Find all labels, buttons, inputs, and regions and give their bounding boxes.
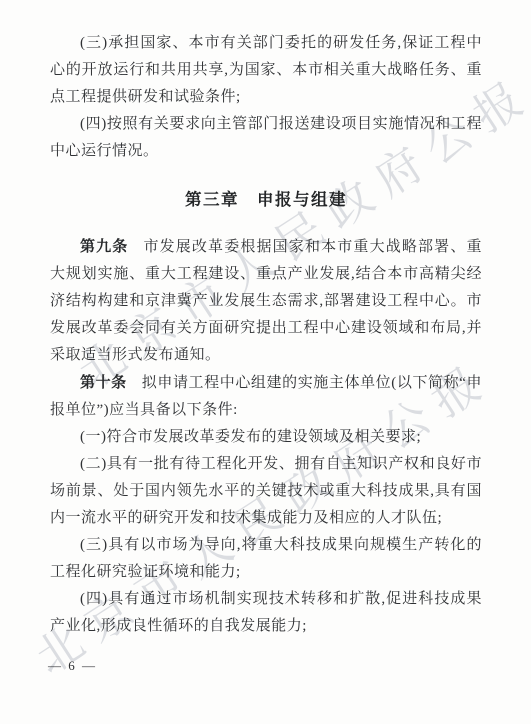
page-number: — 6 — bbox=[48, 658, 97, 674]
article-10-number: 第十条 bbox=[80, 374, 127, 391]
condition-item-2-paragraph: (二)具有一批有待工程化开发、拥有自主知识产权和良好市场前景、处于国内领先水平的… bbox=[50, 451, 482, 532]
condition-item-1-paragraph: (一)符合市发展改革委发布的建设领域及相关要求; bbox=[50, 424, 482, 451]
article-9-text: 市发展改革委根据国家和本市重大战略部署、重大规划实施、重大工程建设、重点产业发展… bbox=[50, 239, 482, 363]
article-9-paragraph: 第九条市发展改革委根据国家和本市重大战略部署、重大规划实施、重大工程建设、重点产… bbox=[50, 233, 482, 369]
chapter-3-heading: 第三章 申报与组建 bbox=[50, 186, 482, 210]
condition-item-3-paragraph: (三)具有以市场为导向,将重大科技成果向规模生产转化的工程化研究验证环境和能力; bbox=[50, 532, 482, 586]
duty-item-3-paragraph: (三)承担国家、本市有关部门委托的研发任务,保证工程中心的开放运行和共用共享,为… bbox=[50, 30, 482, 111]
article-10-paragraph: 第十条拟申请工程中心组建的实施主体单位(以下简称“申报单位”)应当具备以下条件: bbox=[50, 369, 482, 424]
condition-item-4-paragraph: (四)具有通过市场机制实现技术转移和扩散,促进科技成果产业化,形成良性循环的自我… bbox=[50, 586, 482, 640]
duty-item-4-paragraph: (四)按照有关要求向主管部门报送建设项目实施情况和工程中心运行情况。 bbox=[50, 111, 482, 165]
article-9-number: 第九条 bbox=[80, 238, 128, 255]
gazette-document-page: 北京市人民政府公报 北京市人民政府公报 (三)承担国家、本市有关部门委托的研发任… bbox=[0, 0, 531, 724]
document-body: (三)承担国家、本市有关部门委托的研发任务,保证工程中心的开放运行和共用共享,为… bbox=[0, 0, 531, 640]
